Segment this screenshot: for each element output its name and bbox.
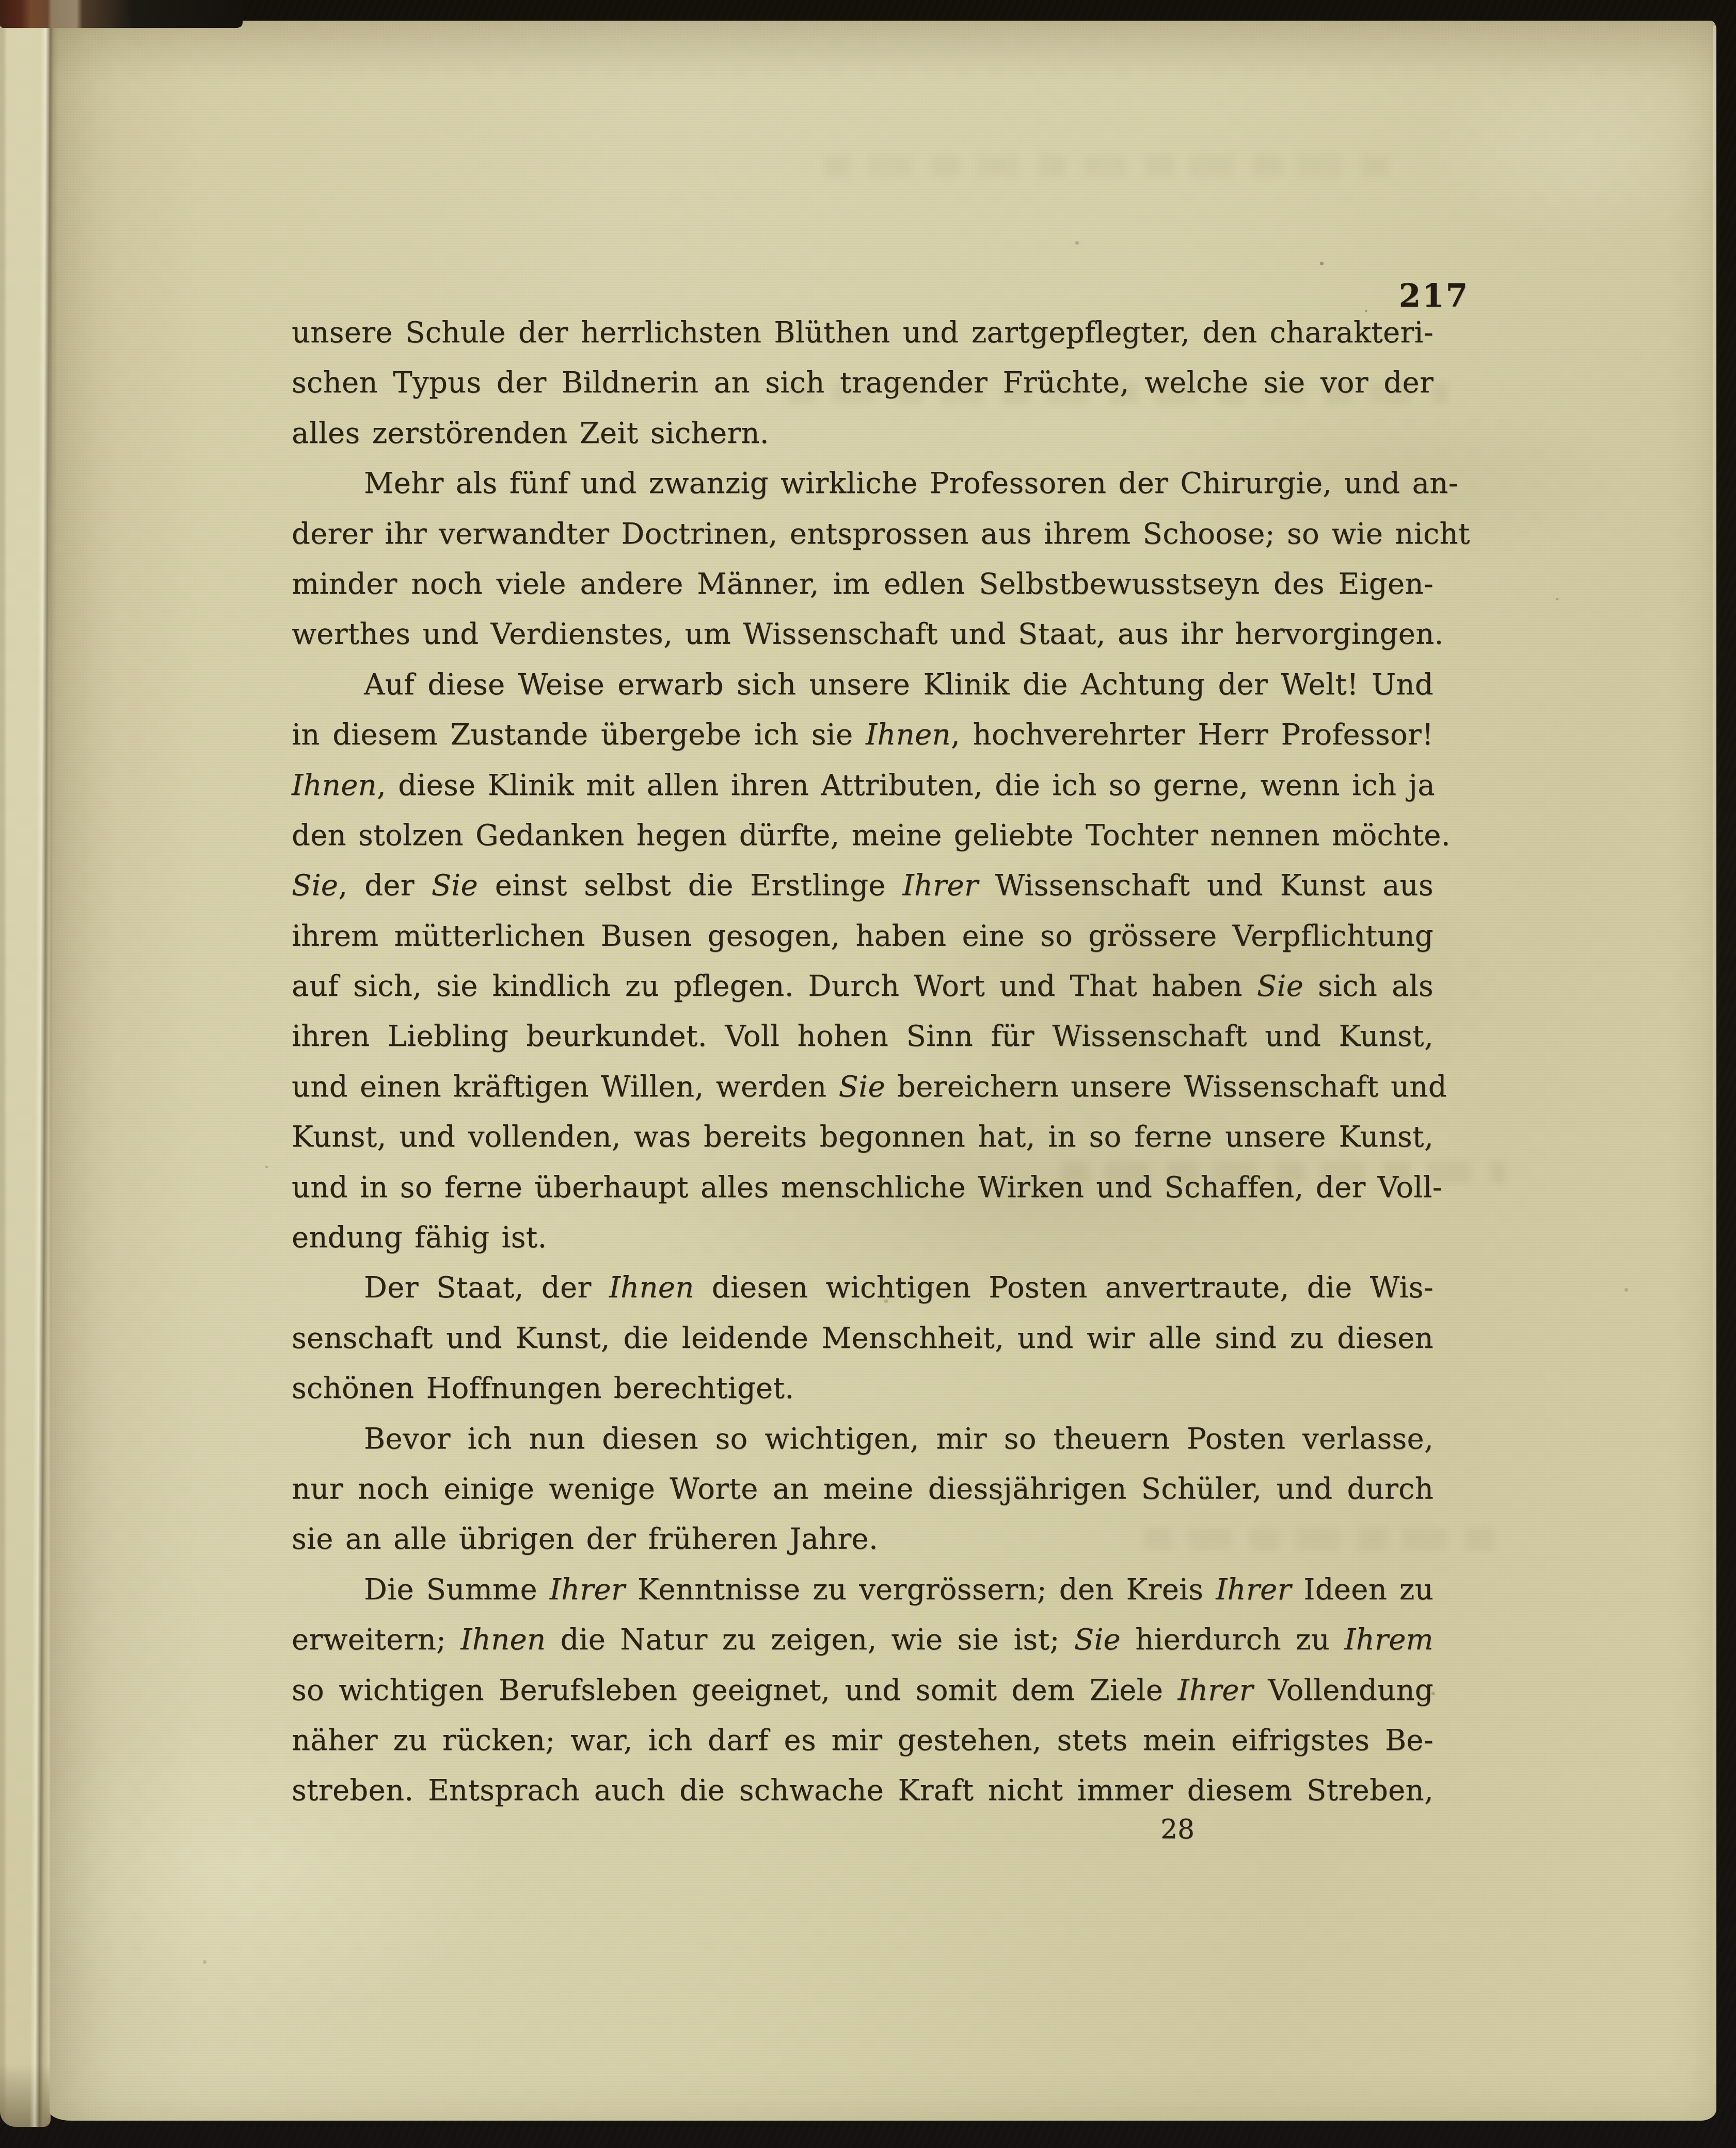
binding-edge — [0, 0, 243, 28]
text-line: erweitern; Ihnen die Natur zu zeigen, wi… — [292, 1615, 1434, 1665]
text-line: minder noch viele andere Männer, im edle… — [292, 559, 1434, 609]
text-line: endung fähig ist. — [292, 1213, 1434, 1263]
text-line: Ihnen, diese Klinik mit allen ihren Attr… — [292, 760, 1434, 810]
text-line: Der Staat, der Ihnen diesen wichtigen Po… — [292, 1263, 1434, 1313]
text-line: alles zerstörenden Zeit sichern. — [292, 408, 1434, 458]
book-page: 217 unsere Schule der herrlichsten Blüth… — [50, 21, 1716, 2121]
text-line: schen Typus der Bildnerin an sich tragen… — [292, 358, 1434, 408]
text-line: Auf diese Weise erwarb sich unsere Klini… — [292, 660, 1434, 710]
text-line: so wichtigen Berufsleben geeignet, und s… — [292, 1665, 1434, 1715]
text-line: und einen kräftigen Willen, werden Sie b… — [292, 1062, 1434, 1112]
text-line: nur noch einige wenige Worte an meine di… — [292, 1464, 1434, 1514]
text-line: in diesem Zustande übergebe ich sie Ihne… — [292, 710, 1434, 760]
ink-showthrough — [824, 155, 1392, 177]
text-line: ihren Liebling beurkundet. Voll hohen Si… — [292, 1011, 1434, 1061]
book-page-scan: 217 unsere Schule der herrlichsten Blüth… — [0, 0, 1736, 2148]
text-line: und in so ferne überhaupt alles menschli… — [292, 1163, 1434, 1213]
text-line: ihrem mütterlichen Busen gesogen, haben … — [292, 911, 1434, 961]
text-line: näher zu rücken; war, ich darf es mir ge… — [292, 1715, 1434, 1765]
text-line: unsere Schule der herrlichsten Blüthen u… — [292, 308, 1434, 358]
text-line: Sie, der Sie einst selbst die Erstlinge … — [292, 861, 1434, 911]
text-line: derer ihr verwandter Doctrinen, entspros… — [292, 509, 1434, 559]
text-line: Mehr als fünf und zwanzig wirkliche Prof… — [292, 458, 1434, 508]
signature-number: 28 — [1126, 1814, 1229, 1845]
text-line: auf sich, sie kindlich zu pflegen. Durch… — [292, 961, 1434, 1011]
text-line: Kunst, und vollenden, was bereits begonn… — [292, 1112, 1434, 1162]
text-line: Die Summe Ihrer Kenntnisse zu vergrösser… — [292, 1565, 1434, 1615]
text-line: Bevor ich nun diesen so wichtigen, mir s… — [292, 1414, 1434, 1464]
text-line: schönen Hoffnungen berechtiget. — [292, 1363, 1434, 1413]
text-line: senschaft und Kunst, die leidende Mensch… — [292, 1313, 1434, 1363]
page-text: unsere Schule der herrlichsten Blüthen u… — [292, 308, 1434, 1816]
text-line: werthes und Verdienstes, um Wissenschaft… — [292, 609, 1434, 659]
text-line: sie an alle übrigen der früheren Jahre. — [292, 1514, 1434, 1564]
text-line: den stolzen Gedanken hegen dürfte, meine… — [292, 810, 1434, 861]
text-line: streben. Entsprach auch die schwache Kra… — [292, 1765, 1434, 1816]
fore-edge-highlight — [1713, 26, 1716, 2084]
